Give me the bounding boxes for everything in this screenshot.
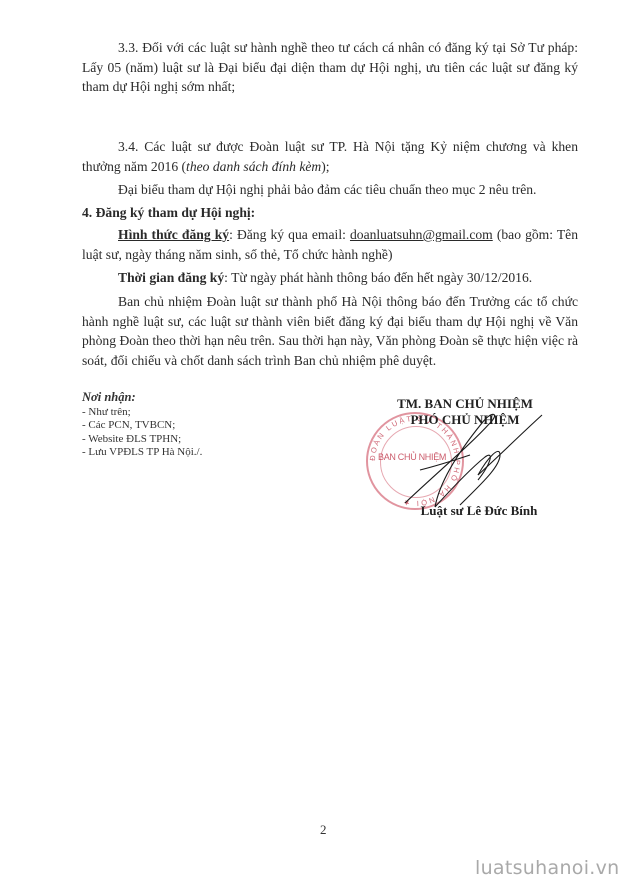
handwritten-signature-icon	[360, 395, 560, 525]
page-number: 2	[320, 822, 327, 838]
recipient-item: - Như trên;	[82, 406, 202, 420]
recipient-item: - Lưu VPĐLS TP Hà Nội./.	[82, 446, 202, 460]
watermark: luatsuhanoi.vn	[475, 857, 620, 879]
section-3-4-end: );	[321, 159, 329, 174]
registration-time-text: : Từ ngày phát hành thông báo đến hết ng…	[224, 270, 532, 285]
registration-time-label: Thời gian đăng ký	[118, 270, 224, 285]
registration-method-text: : Đăng ký qua email:	[229, 227, 350, 242]
recipient-item: - Các PCN, TVBCN;	[82, 419, 202, 433]
document-page: 3.3. Đối với các luật sư hành nghề theo …	[0, 0, 627, 888]
section-3-4-paragraph: 3.4. Các luật sư được Đoàn luật sư TP. H…	[82, 137, 578, 176]
closing-paragraph: Ban chủ nhiệm Đoàn luật sư thành phố Hà …	[82, 292, 578, 370]
registration-time: Thời gian đăng ký: Từ ngày phát hành thô…	[82, 268, 578, 288]
recipients-title: Nơi nhận:	[82, 391, 202, 405]
registration-method: Hình thức đăng ký: Đăng ký qua email: do…	[82, 225, 578, 264]
section-3-3-paragraph: 3.3. Đối với các luật sư hành nghề theo …	[82, 38, 578, 97]
recipients-block: Nơi nhận: - Như trên; - Các PCN, TVBCN; …	[82, 391, 202, 460]
email-link[interactable]: doanluatsuhn@gmail.com	[350, 227, 493, 242]
section-3-4-text: 3.4. Các luật sư được Đoàn luật sư TP. H…	[82, 139, 578, 174]
recipient-item: - Website ĐLS TPHN;	[82, 433, 202, 447]
section-4-heading: 4. Đăng ký tham dự Hội nghị:	[82, 203, 578, 223]
delegate-requirement: Đại biểu tham dự Hội nghị phải bảo đảm c…	[82, 180, 578, 200]
attached-list-note: theo danh sách đính kèm	[186, 159, 321, 174]
registration-method-label: Hình thức đăng ký	[118, 227, 229, 242]
